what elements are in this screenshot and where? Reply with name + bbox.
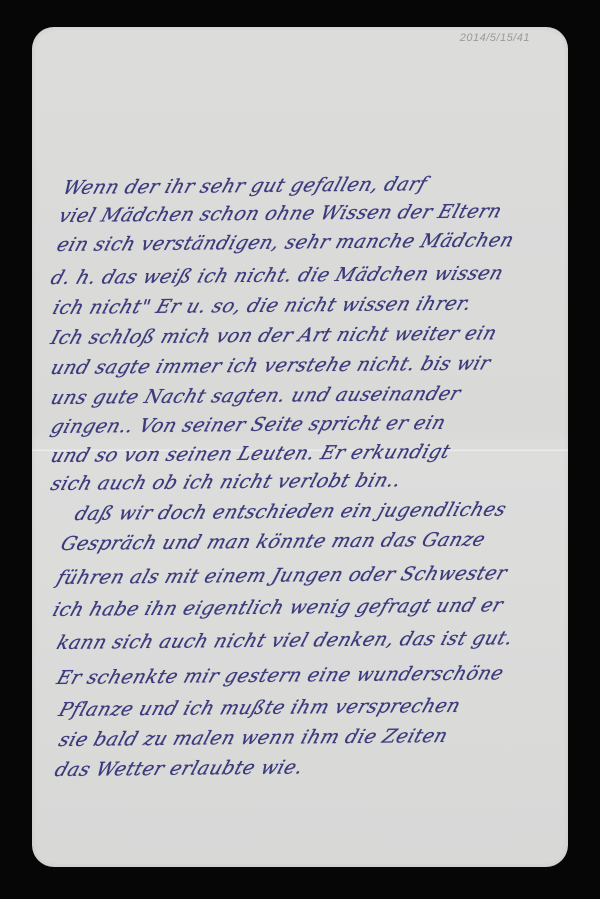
handwritten-line: viel Mädchen schon ohne Wissen der Elter… — [56, 200, 505, 227]
handwritten-line: daß wir doch entschieden ein jugendliche… — [72, 499, 509, 525]
handwritten-line: kann sich auch nicht viel denken, das is… — [54, 627, 516, 654]
handwritten-line: Ich schloß mich von der Art nicht weiter… — [48, 322, 500, 349]
handwritten-line: uns gute Nacht sagten. und auseinander — [48, 383, 464, 409]
handwritten-line: Gespräch und man könnte man das Ganze — [58, 529, 488, 555]
handwritten-line: sich auch ob ich nicht verlobt bin.. — [48, 469, 404, 495]
handwritten-line: Wenn der ihr sehr gut gefallen, darf — [60, 173, 430, 199]
letter-page: 2014/5/15/41 Wenn der ihr sehr gut gefal… — [32, 27, 568, 867]
handwritten-line: Er schenkte mir gestern eine wunderschön… — [54, 662, 507, 689]
handwritten-line: ich habe ihn eigentlich wenig gefragt un… — [50, 594, 506, 621]
handwritten-line: ich nicht" Er u. so, die nicht wissen ih… — [50, 293, 475, 319]
catalog-number: 2014/5/15/41 — [460, 32, 530, 44]
handwritten-line: d. h. das weiß ich nicht. die Mädchen wi… — [48, 262, 506, 289]
handwritten-line: gingen.. Von seiner Seite spricht er ein — [48, 412, 449, 438]
scan-background: 2014/5/15/41 Wenn der ihr sehr gut gefal… — [0, 0, 600, 899]
handwritten-line: führen als mit einem Jungen oder Schwest… — [54, 562, 510, 589]
handwritten-line: und sagte immer ich verstehe nicht. bis … — [48, 352, 493, 379]
handwritten-line: ein sich verständigen, sehr manche Mädch… — [54, 229, 517, 256]
handwritten-line: das Wetter erlaubte wie. — [52, 756, 306, 781]
handwritten-line: sie bald zu malen wenn ihm die Zeiten — [56, 725, 451, 751]
handwritten-line: Pflanze und ich mußte ihm versprechen — [56, 695, 463, 721]
handwritten-line: und so von seinen Leuten. Er erkundigt — [48, 441, 453, 467]
